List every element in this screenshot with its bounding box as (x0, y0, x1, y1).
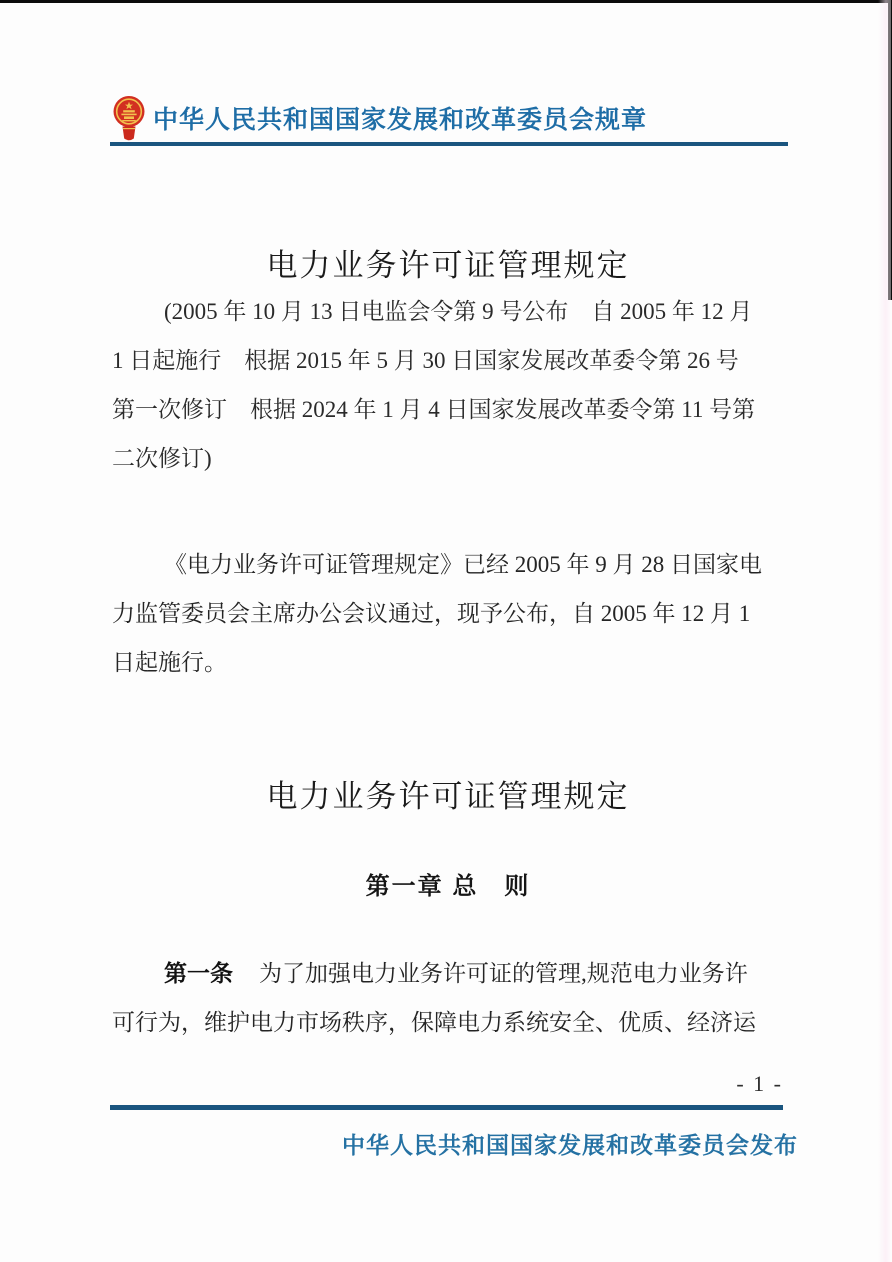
announcement-line: 力监管委员会主席办公会议通过，现予公布，自 2005 年 12 月 1 (112, 589, 792, 638)
article-text: 为了加强电力业务许可证的管理,规范电力业务许 (259, 961, 748, 986)
body-title: 电力业务许可证管理规定 (110, 771, 786, 816)
article-line: 第一条为了加强电力业务许可证的管理,规范电力业务许 (112, 949, 792, 998)
note-line: 1 日起施行 根据 2015 年 5 月 30 日国家发展改革委令第 26 号 (112, 336, 792, 385)
article-line: 可行为，维护电力市场秩序，保障电力系统安全、优质、经济运 (112, 998, 792, 1047)
document-title: 电力业务许可证管理规定 (110, 240, 786, 285)
footer-publisher: 中华人民共和国国家发展和改革委员会发布 (110, 1127, 798, 1160)
article-paragraph: 第一条为了加强电力业务许可证的管理,规范电力业务许 可行为，维护电力市场秩序，保… (112, 949, 792, 1047)
national-emblem-icon (112, 95, 146, 142)
footer-rule (110, 1105, 783, 1110)
note-line: 二次修订) (112, 434, 792, 483)
announcement-paragraph: 《电力业务许可证管理规定》已经 2005 年 9 月 28 日国家电 力监管委员… (112, 540, 792, 687)
announcement-line: 日起施行。 (112, 638, 792, 687)
document-header: 中华人民共和国国家发展和改革委员会规章 (112, 94, 792, 142)
scan-tint-strip (878, 0, 891, 1262)
announcement-line: 《电力业务许可证管理规定》已经 2005 年 9 月 28 日国家电 (112, 540, 792, 589)
scan-edge-top (0, 0, 892, 3)
note-line: 第一次修订 根据 2024 年 1 月 4 日国家发展改革委令第 11 号第 (112, 385, 792, 434)
chapter-heading: 第一章 总 则 (110, 866, 786, 901)
promulgation-note: (2005 年 10 月 13 日电监会令第 9 号公布 自 2005 年 12… (112, 287, 792, 483)
header-agency-title: 中华人民共和国国家发展和改革委员会规章 (153, 100, 647, 136)
article-label: 第一条 (164, 960, 233, 986)
document-page: 中华人民共和国国家发展和改革委员会规章 电力业务许可证管理规定 (2005 年 … (0, 0, 892, 1262)
header-rule (110, 142, 788, 146)
page-number: - 1 - (110, 1071, 783, 1097)
note-line: (2005 年 10 月 13 日电监会令第 9 号公布 自 2005 年 12… (112, 287, 792, 336)
